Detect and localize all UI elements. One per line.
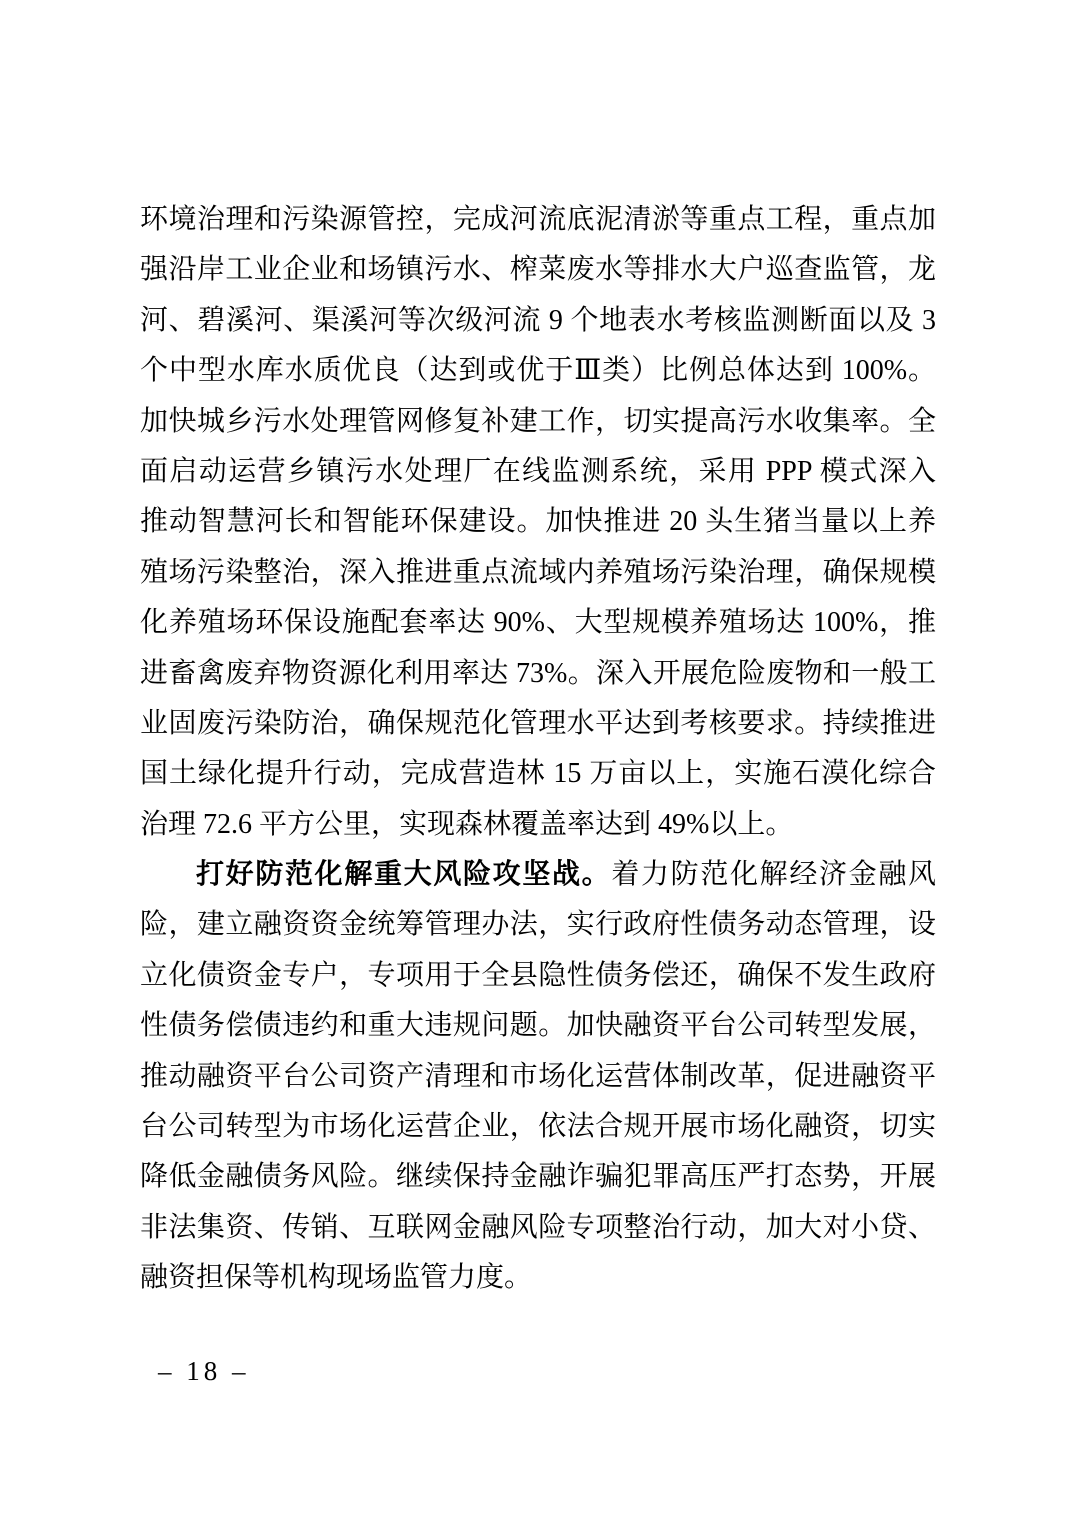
- text-line: 推动融资平台公司资产清理和市场化运营体制改革，促进融资平: [140, 1052, 936, 1102]
- text-line: 面启动运营乡镇污水处理厂在线监测系统，采用 PPP 模式深入: [140, 447, 936, 497]
- text-line: 强沿岸工业企业和场镇污水、榨菜废水等排水大户巡查监管，龙: [140, 245, 936, 295]
- text-line: 立化债资金专户，专项用于全县隐性债务偿还，确保不发生政府: [140, 951, 936, 1001]
- text-line: 个中型水库水质优良（达到或优于Ⅲ类）比例总体达到 100%。: [140, 346, 936, 396]
- page-number: – 18 –: [158, 1356, 250, 1387]
- document-page: 环境治理和污染源管控，完成河流底泥清淤等重点工程，重点加 强沿岸工业企业和场镇污…: [0, 0, 1074, 1520]
- text-line: 融资担保等机构现场监管力度。: [140, 1253, 936, 1303]
- text-line: 化养殖场环保设施配套率达 90%、大型规模养殖场达 100%，推: [140, 598, 936, 648]
- text-line: 河、碧溪河、渠溪河等次级河流 9 个地表水考核监测断面以及 3: [140, 296, 936, 346]
- paragraph-risk-prevention: 打好防范化解重大风险攻坚战。着力防范化解经济金融风 险，建立融资资金统筹管理办法…: [140, 850, 936, 1304]
- text-line: 性债务偿债违约和重大违规问题。加快融资平台公司转型发展，: [140, 1001, 936, 1051]
- text-line: 治理 72.6 平方公里，实现森林覆盖率达到 49%以上。: [140, 800, 936, 850]
- bold-lead-heading: 打好防范化解重大风险攻坚战。: [196, 859, 611, 890]
- text-line: 降低金融债务风险。继续保持金融诈骗犯罪高压严打态势，开展: [140, 1152, 936, 1202]
- text-line: 殖场污染整治，深入推进重点流域内养殖场污染治理，确保规模: [140, 548, 936, 598]
- text-line: 险，建立融资资金统筹管理办法，实行政府性债务动态管理，设: [140, 900, 936, 950]
- text-line: 业固废污染防治，确保规范化管理水平达到考核要求。持续推进: [140, 699, 936, 749]
- text-line: 推动智慧河长和智能环保建设。加快推进 20 头生猪当量以上养: [140, 497, 936, 547]
- lead-line-rest: 着力防范化解经济金融风: [611, 859, 936, 890]
- paragraph-environment: 环境治理和污染源管控，完成河流底泥清淤等重点工程，重点加 强沿岸工业企业和场镇污…: [140, 195, 936, 850]
- text-line: 非法集资、传销、互联网金融风险专项整治行动，加大对小贷、: [140, 1203, 936, 1253]
- text-line: 打好防范化解重大风险攻坚战。着力防范化解经济金融风: [140, 850, 936, 900]
- body-text: 环境治理和污染源管控，完成河流底泥清淤等重点工程，重点加 强沿岸工业企业和场镇污…: [140, 195, 936, 1304]
- text-line: 国土绿化提升行动，完成营造林 15 万亩以上，实施石漠化综合: [140, 749, 936, 799]
- text-line: 进畜禽废弃物资源化利用率达 73%。深入开展危险废物和一般工: [140, 649, 936, 699]
- text-line: 台公司转型为市场化运营企业，依法合规开展市场化融资，切实: [140, 1102, 936, 1152]
- text-line: 环境治理和污染源管控，完成河流底泥清淤等重点工程，重点加: [140, 195, 936, 245]
- text-line: 加快城乡污水处理管网修复补建工作，切实提高污水收集率。全: [140, 397, 936, 447]
